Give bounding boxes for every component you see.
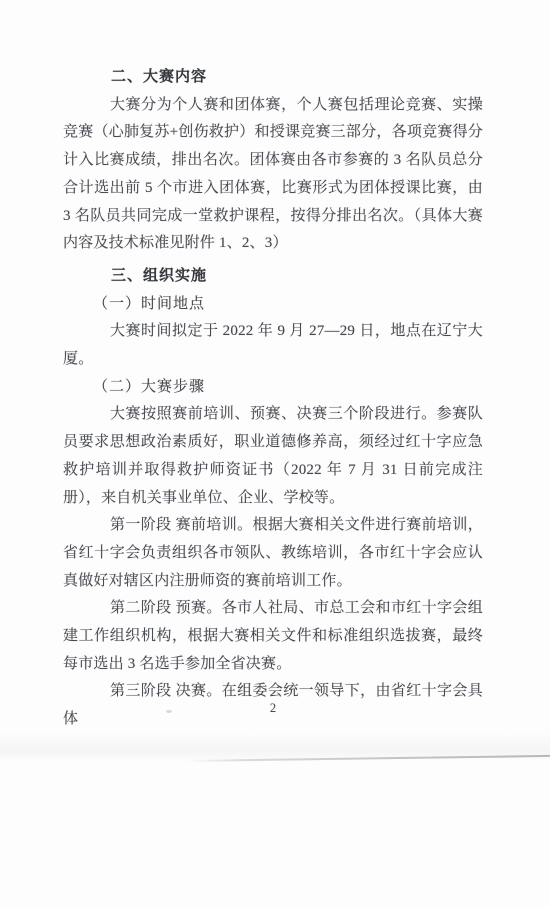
paragraph-stage-two-preliminary: 第二阶段 预赛。各市人社局、市总工会和市红十字会组建工作组织机构，根据大赛相关文… (63, 595, 483, 678)
subheading-contest-steps: （二）大赛步骤 (63, 374, 483, 402)
page-number: 2 (63, 701, 483, 716)
scan-page-edge-line (186, 755, 550, 762)
scan-artifact-shade-band (0, 733, 550, 759)
paragraph-stage-one-pretraining: 第一阶段 赛前培训。根据大赛相关文件进行赛前培训，省红十字会负责组织各市领队、教… (63, 512, 483, 595)
scanned-document-page: 二、大赛内容 大赛分为个人赛和团体赛，个人赛包括理论竞赛、实操竞赛（心肺复苏+创… (0, 0, 550, 906)
paragraph-time-place: 大赛时间拟定于 2022 年 9 月 27—29 日，地点在辽宁大厦。 (63, 318, 483, 373)
section-heading-2-contest-content: 二、大赛内容 (63, 64, 483, 92)
paragraph-stages-overview: 大赛按照赛前培训、预赛、决赛三个阶段进行。参赛队员要求思想政治素质好，职业道德修… (63, 401, 483, 512)
section-heading-3-organization: 三、组织实施 (63, 263, 483, 291)
document-text-column: 二、大赛内容 大赛分为个人赛和团体赛，个人赛包括理论竞赛、实操竞赛（心肺复苏+创… (63, 64, 483, 734)
paragraph-contest-overview: 大赛分为个人赛和团体赛，个人赛包括理论竞赛、实操竞赛（心肺复苏+创伤救护）和授课… (63, 92, 483, 258)
subheading-time-place: （一）时间地点 (63, 291, 483, 319)
